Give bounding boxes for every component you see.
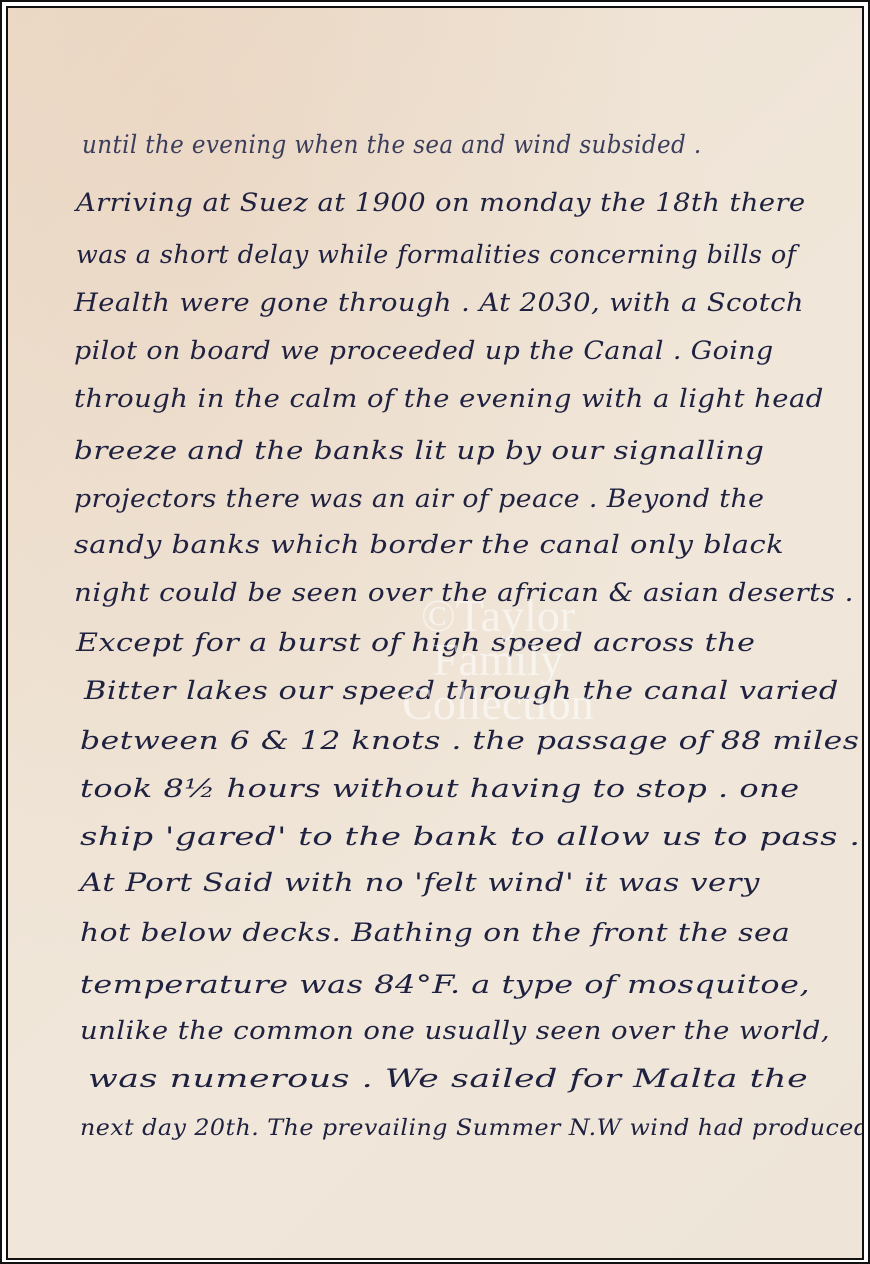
text-line: next day 20th. The prevailing Summer N.W… bbox=[80, 1116, 864, 1141]
text-line: hot below decks. Bathing on the front th… bbox=[80, 918, 790, 947]
text-line: night could be seen over the african & a… bbox=[74, 578, 854, 607]
text-line: Health were gone through . At 2030, with… bbox=[74, 288, 804, 317]
text-line: until the evening when the sea and wind … bbox=[82, 130, 702, 159]
text-line: was numerous . We sailed for Malta the bbox=[88, 1064, 808, 1093]
outer-frame: until the evening when the sea and wind … bbox=[0, 0, 870, 1264]
text-line: Bitter lakes our speed through the canal… bbox=[84, 676, 839, 705]
text-line: took 8½ hours without having to stop . o… bbox=[80, 774, 800, 803]
text-line: projectors there was an air of peace . B… bbox=[74, 484, 764, 513]
text-line: was a short delay while formalities conc… bbox=[76, 240, 796, 269]
text-line: through in the calm of the evening with … bbox=[74, 384, 824, 413]
journal-page: until the evening when the sea and wind … bbox=[6, 6, 864, 1260]
text-line: breeze and the banks lit up by our signa… bbox=[74, 436, 764, 465]
text-line: unlike the common one usually seen over … bbox=[80, 1016, 830, 1045]
text-line: Arriving at Suez at 1900 on monday the 1… bbox=[76, 188, 806, 217]
text-line: temperature was 84°F. a type of mosquito… bbox=[80, 970, 810, 999]
text-line: At Port Said with no 'felt wind' it was … bbox=[80, 868, 760, 897]
text-line: sandy banks which border the canal only … bbox=[74, 530, 784, 559]
handwritten-text: until the evening when the sea and wind … bbox=[8, 8, 862, 1258]
text-line: between 6 & 12 knots . the passage of 88… bbox=[80, 726, 859, 755]
text-line: Except for a burst of high speed across … bbox=[76, 628, 755, 657]
text-line: ship 'gared' to the bank to allow us to … bbox=[80, 822, 861, 851]
text-line: pilot on board we proceeded up the Canal… bbox=[74, 336, 774, 365]
